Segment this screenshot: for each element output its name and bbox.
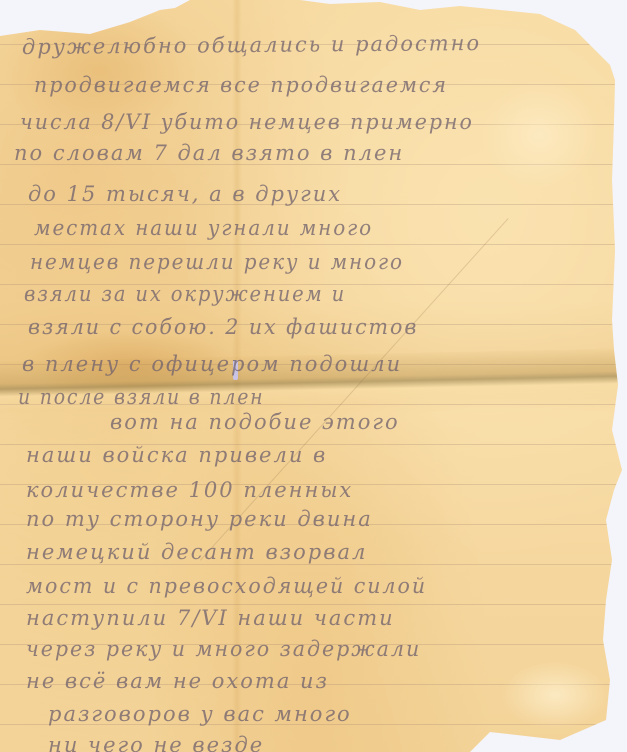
text-line: по ту сторону реки двина xyxy=(26,507,373,531)
scanned-letter: дружелюбно общались и радостно продвигае… xyxy=(0,0,627,752)
text-line: дружелюбно общались и радостно xyxy=(22,31,481,59)
text-line: через реку и много задержали xyxy=(26,637,421,661)
text-line: наши войска привели в xyxy=(26,443,327,467)
text-line: и после взяли в плен xyxy=(18,385,264,409)
text-line: взяли с собою. 2 их фашистов xyxy=(28,315,418,339)
text-line: мост и с превосходящей силой xyxy=(26,574,427,598)
text-line: немецкий десант взорвал xyxy=(26,540,367,564)
text-line: не всё вам не охота из xyxy=(26,669,329,693)
text-line: до 15 тысяч, а в других xyxy=(28,182,342,206)
text-line: наступили 7/VI наши части xyxy=(26,606,395,630)
text-line: ни чего не везде xyxy=(48,733,264,752)
text-line: немцев перешли реку и много xyxy=(30,250,404,274)
text-line: по словам 7 дал взято в плен xyxy=(14,141,404,165)
handwritten-text: дружелюбно общались и радостно продвигае… xyxy=(0,0,627,752)
text-line: взяли за их окружением и xyxy=(24,282,346,306)
text-line: в плену с офицером подошли xyxy=(22,352,402,376)
text-line: разговоров у вас много xyxy=(48,702,352,726)
text-line: числа 8/VI убито немцев примерно xyxy=(20,110,474,134)
text-line: продвигаемся все продвигаемся xyxy=(34,73,448,97)
text-line: местах наши угнали много xyxy=(34,216,373,240)
text-line: вот на подобие этого xyxy=(110,410,400,434)
text-line: количестве 100 пленных xyxy=(26,478,353,502)
